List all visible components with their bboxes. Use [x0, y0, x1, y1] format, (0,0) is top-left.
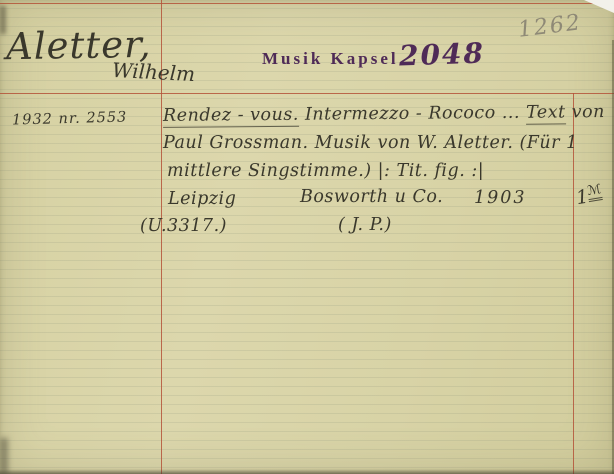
plate-number: (U.3317.) [140, 216, 227, 236]
accession-number: 1932 nr. 2553 [12, 109, 128, 128]
entry-line-1: Rendez - vous. Intermezzo - Rococo ... T… [163, 102, 605, 126]
capsule-number: 2048 [398, 37, 485, 73]
scan-edge-shadow-bottom [0, 469, 614, 474]
publication-place: Leipzig [168, 189, 236, 209]
capsule-stamp-label: Musik Kapsel [262, 49, 399, 69]
publisher-name: Bosworth u Co. [300, 187, 443, 207]
credit-label: Text [526, 102, 566, 124]
pencil-shelf-number: 1262 [517, 10, 584, 43]
work-title: Rendez - vous. [163, 105, 299, 128]
price: 1ℳ [574, 182, 603, 209]
scan-corner-highlight [584, 0, 614, 13]
entry-line-3: mittlere Singstimme.) |: Tit. fig. :| [167, 161, 484, 181]
price-currency-mark: ℳ [586, 182, 603, 202]
entry-line-2: Paul Grossman. Musik von W. Aletter. (Fü… [163, 133, 578, 153]
cataloger-initials: ( J. P.) [338, 215, 392, 235]
work-subtitle: Intermezzo - Rococo ... [305, 103, 520, 125]
publication-year: 1903 [474, 188, 527, 208]
rule-horizontal-middle [0, 93, 614, 94]
author-forename: Wilhelm [111, 58, 195, 86]
rule-horizontal-top [0, 3, 614, 4]
credit-von: von [572, 102, 605, 122]
catalog-card: Aletter, Wilhelm 1262 Musik Kapsel 2048 … [0, 0, 614, 474]
